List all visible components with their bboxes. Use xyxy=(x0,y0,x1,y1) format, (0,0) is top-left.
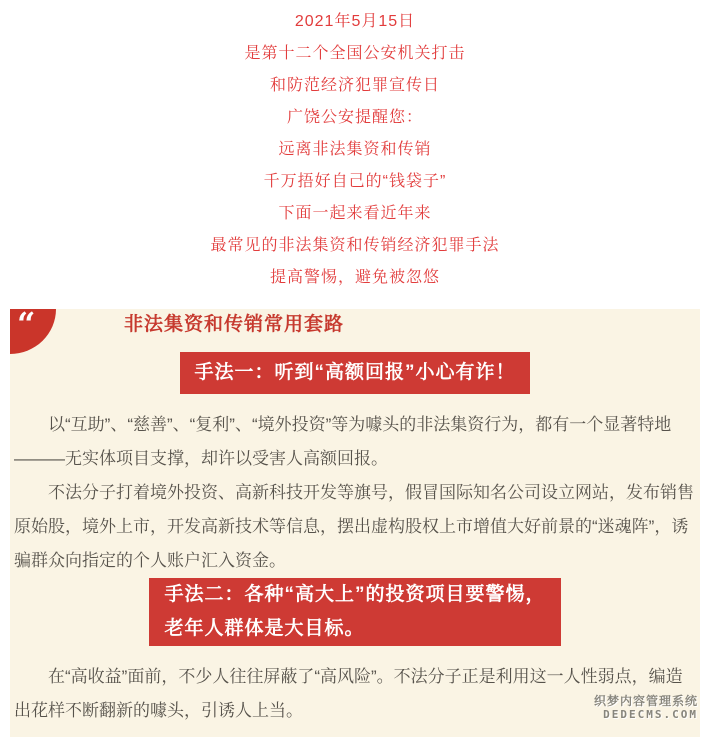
paragraph: 不法分子打着境外投资、高新科技开发等旗号，假冒国际知名公司设立网站，发布销售原始… xyxy=(14,476,696,578)
intro-line: 远离非法集资和传销 xyxy=(0,134,710,166)
watermark-domain: DEDECMS.COM xyxy=(594,708,698,721)
method-one-banner: 手法一：听到“高额回报”小心有诈！ xyxy=(180,352,529,394)
intro-line: 2021年5月15日 xyxy=(0,6,710,38)
intro-section: 2021年5月15日 是第十二个全国公安机关打击 和防范经济犯罪宣传日 广饶公安… xyxy=(0,0,710,294)
intro-line: 下面一起来看近年来 xyxy=(0,198,710,230)
intro-line: 广饶公安提醒您： xyxy=(0,102,710,134)
intro-line: 最常见的非法集资和传销经济犯罪手法 xyxy=(0,230,710,262)
banner-line: 手法二：各种“高大上”的投资项目要警惕， xyxy=(164,578,545,612)
section-one-paragraphs: 以“互助”、“慈善”、“复利”、“境外投资”等为噱头的非法集资行为，都有一个显著… xyxy=(14,408,696,578)
banner-row-1: 手法一：听到“高额回报”小心有诈！ xyxy=(10,336,700,394)
intro-line: 千万捂好自己的“钱袋子” xyxy=(0,166,710,198)
banner-row-2: 手法二：各种“高大上”的投资项目要警惕， 老年人群体是大目标。 xyxy=(10,578,700,646)
paragraph: 以“互助”、“慈善”、“复利”、“境外投资”等为噱头的非法集资行为，都有一个显著… xyxy=(14,408,696,476)
card-title: 非法集资和传销常用套路 xyxy=(124,309,700,336)
banner-line: 老年人群体是大目标。 xyxy=(164,612,545,646)
watermark-chinese: 织梦内容管理系统 xyxy=(594,695,698,708)
intro-line: 是第十二个全国公安机关打击 xyxy=(0,38,710,70)
intro-line: 和防范经济犯罪宣传日 xyxy=(0,70,710,102)
content-card: “ 非法集资和传销常用套路 手法一：听到“高额回报”小心有诈！ 以“互助”、“慈… xyxy=(10,309,700,737)
quote-icon: “ xyxy=(17,305,35,343)
watermark: 织梦内容管理系统 DEDECMS.COM xyxy=(594,695,698,721)
method-two-banner: 手法二：各种“高大上”的投资项目要警惕， 老年人群体是大目标。 xyxy=(149,578,560,646)
intro-line: 提高警惕，避免被忽悠 xyxy=(0,262,710,294)
